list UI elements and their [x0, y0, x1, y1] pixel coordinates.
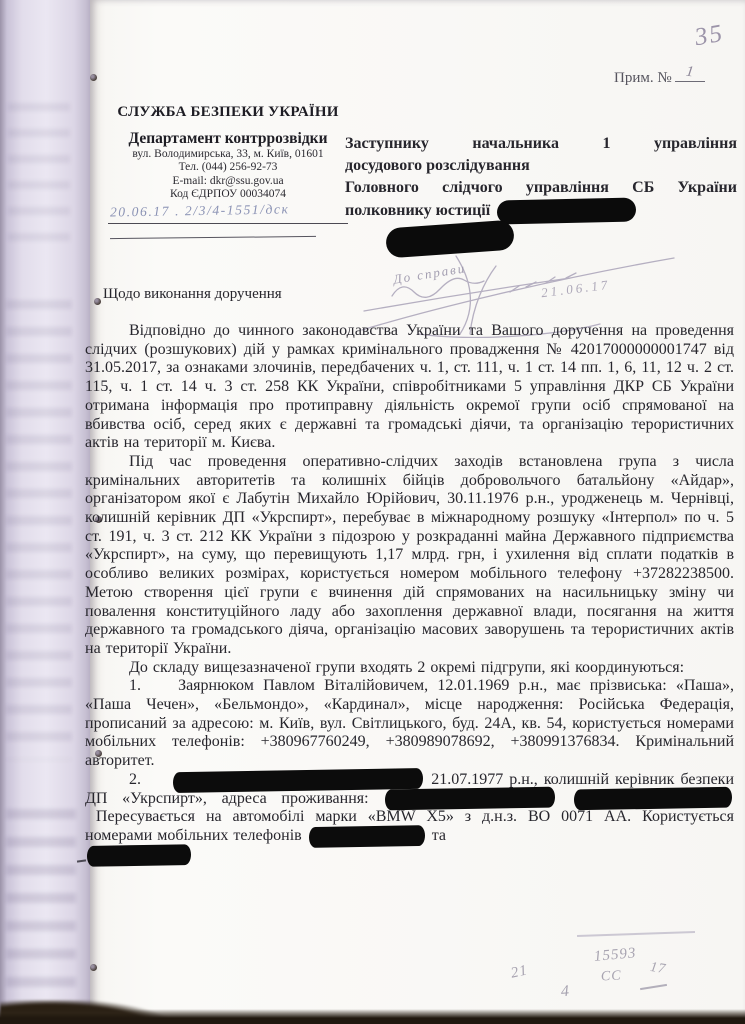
handwritten-copy-number: 1 [685, 64, 695, 82]
text-segment: та [427, 827, 446, 844]
redaction-bar [87, 844, 191, 867]
organization-name: СЛУЖБА БЕЗПЕКИ УКРАЇНИ [108, 104, 348, 121]
letterhead-address: вул. Володимирська, 33, м. Київ, 01601 [108, 148, 348, 161]
recipient-word: слідчого [442, 177, 503, 199]
scan-edge-shadow [0, 1009, 745, 1024]
recipient-word: управління [526, 177, 609, 199]
subject-line: Щодо виконання доручення [103, 286, 282, 303]
letterhead-email: E-mail: dkr@ssu.gov.ua [108, 175, 348, 188]
recipient-word: Головного [345, 177, 419, 199]
text-segment [557, 790, 572, 807]
paragraph: Відповідно до чинного законодавства Укра… [85, 322, 734, 453]
recipient-line: Заступникуначальника1управління [345, 133, 737, 155]
letterhead: СЛУЖБА БЕЗПЕКИ УКРАЇНИ Департамент контр… [108, 104, 348, 238]
handwritten-outgoing-ref: 20.06.17 . 2/3/4-1551/дск [108, 202, 290, 221]
recipient-word: управління [654, 133, 737, 155]
hole-punch [90, 964, 97, 971]
handwritten-mark: 4 [560, 983, 570, 1002]
bleed-through-text [6, 290, 72, 760]
scanned-document-page: 35 Прим. № 1 СЛУЖБА БЕЗПЕКИ УКРАЇНИ Депа… [0, 0, 745, 1024]
letterhead-phone: Тел. (044) 256-92-73 [108, 161, 348, 174]
bleed-through-text [8, 92, 70, 242]
recipient-line: полковнику юстиції [345, 199, 737, 223]
redaction-bar [497, 198, 636, 225]
bleed-through-text [6, 800, 76, 1000]
hole-punch [94, 298, 101, 305]
redaction-bar [309, 825, 425, 848]
handwritten-mark: 21 [509, 962, 529, 982]
handwritten-mark: СС [601, 968, 622, 985]
recipient-block: Заступникуначальника1управління досудово… [345, 133, 737, 223]
recipient-line: ГоловногослідчогоуправлінняСБУкраїни [345, 177, 737, 199]
copy-number-line: 1 [675, 66, 705, 82]
redaction-bar [574, 787, 732, 810]
outgoing-ref-line: 20.06.17 . 2/3/4-1551/дск [108, 202, 348, 224]
list-item: 1. Заярнюком Павлом Віталійовичем, 12.01… [85, 677, 734, 771]
recipient-word: СБ [632, 177, 654, 199]
copy-label: Прим. № [614, 70, 672, 86]
department-name: Департамент контррозвідки [108, 130, 348, 148]
recipient-word: 1 [602, 133, 610, 155]
text-segment: 2. [129, 771, 171, 788]
recipient-word: України [678, 177, 737, 199]
redaction-bar [385, 787, 555, 811]
recipient-rank: полковнику юстиції [345, 200, 490, 222]
recipient-word: Заступнику [345, 133, 429, 155]
copy-number-label: Прим. № 1 [614, 66, 705, 87]
handwritten-sheet-number: 35 [693, 20, 726, 53]
hole-punch [90, 74, 97, 81]
paragraph: До складу вищезазначеної групи входять 2… [85, 659, 734, 678]
handwritten-mark: 17 [649, 960, 667, 978]
letterhead-edrpou: Код ЄДРПОУ 00034074 [108, 188, 348, 201]
recipient-line: досудового розслідування [345, 155, 737, 177]
recipient-word: начальника [472, 133, 559, 155]
list-item: 2. 21.07.1977 р.н., колишній керівник бе… [85, 771, 734, 865]
paragraph: Під час проведення оперативно-слідчих за… [85, 453, 734, 659]
redaction-bar [173, 768, 423, 793]
document-body: Відповідно до чинного законодавства Укра… [85, 322, 734, 864]
